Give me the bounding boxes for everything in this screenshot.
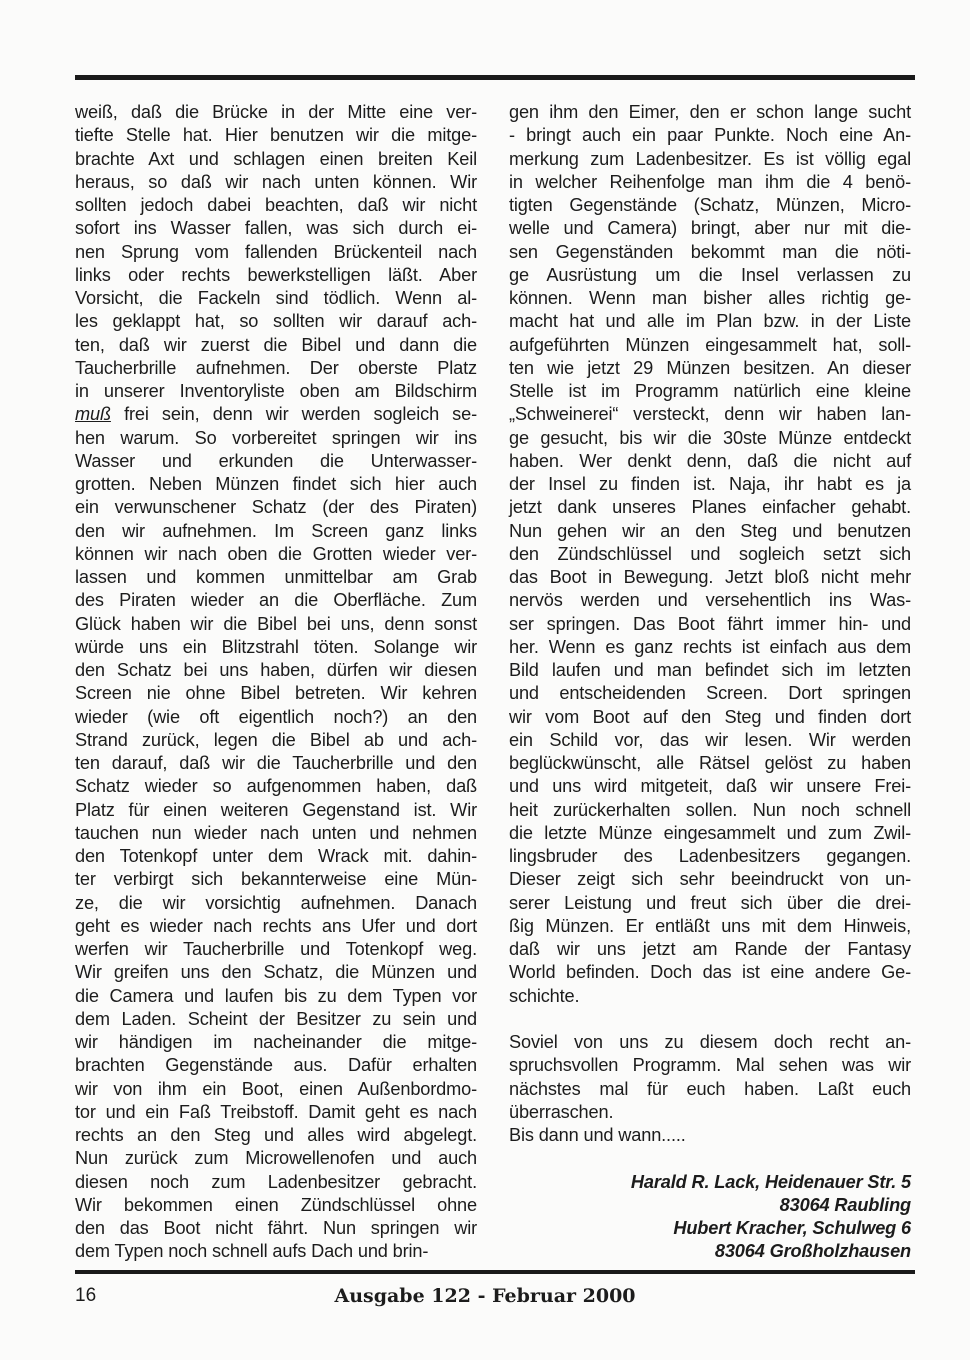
- text-line: den Totenkopf unter dem Wrack mit. dahin…: [75, 845, 477, 868]
- text-line: Nun zurück zum Microwellenofen und auch: [75, 1147, 477, 1170]
- text-line: sen Gegenständen bekommt man die nöti-: [509, 241, 911, 264]
- text-line: Strand zurück, legen die Bibel ab und ac…: [75, 729, 477, 752]
- text-line: heraus, so daß wir nach unten können. Wi…: [75, 171, 477, 194]
- text-line: Taucherbrille aufnehmen. Der oberste Pla…: [75, 357, 477, 380]
- text-line: ze, die wir vorsichtig aufnehmen. Danach: [75, 892, 477, 915]
- text-line: dem Typen noch schnell aufs Dach und bri…: [75, 1240, 477, 1263]
- text-line: World befinden. Doch das ist eine andere…: [509, 961, 911, 984]
- text-line: Bild laufen und man befindet sich im let…: [509, 659, 911, 682]
- text-line: Wir bekommen einen Zündschlüssel ohne: [75, 1194, 477, 1217]
- text-line: ten, daß wir zuerst die Bibel und dann d…: [75, 334, 477, 357]
- text-line: macht hat und alle im Plan bzw. in der L…: [509, 310, 911, 333]
- text-line: den Schatz bei uns haben, dürfen wir die…: [75, 659, 477, 682]
- text-line: die Camera und laufen bis zu dem Typen v…: [75, 985, 477, 1008]
- text-line: rechts an den Steg und alles wird abgele…: [75, 1124, 477, 1147]
- text-line: wir händigen im nacheinander die mitge-: [75, 1031, 477, 1054]
- text-line: Screen nie ohne Bibel betreten. Wir kehr…: [75, 682, 477, 705]
- text-line: wir von ihm ein Boot, einen Außenbordmo-: [75, 1078, 477, 1101]
- text-line: ein Schild vor, das wir lesen. Wir werde…: [509, 729, 911, 752]
- text-line: haben. Wer denkt denn, daß die nicht auf: [509, 450, 911, 473]
- text-line: wieder (wie oft eigentlich noch?) an den: [75, 706, 477, 729]
- text-line: in welcher Reihenfolge man ihm die 4 ben…: [509, 171, 911, 194]
- text-line: Wasser und erkunden die Unterwasser-: [75, 450, 477, 473]
- text-line: sollten jedoch dabei beachten, daß wir n…: [75, 194, 477, 217]
- text-line: heit zurückerhalten sollen. Nun noch sch…: [509, 799, 911, 822]
- text-line: und entscheidenden Screen. Dort springen: [509, 682, 911, 705]
- text-line: beglückwünscht, alle Rätsel gelöst zu ha…: [509, 752, 911, 775]
- text-line: ge gesucht, bis wir die 30ste Münze entd…: [509, 427, 911, 450]
- text-line: können wir nach oben die Grotten wieder …: [75, 543, 477, 566]
- text-line: ser springen. Das Boot fährt immer hin- …: [509, 613, 911, 636]
- text-line: dem Laden. Scheint der Besitzer zu sein …: [75, 1008, 477, 1031]
- text-line: Bis dann und wann.....: [509, 1124, 911, 1147]
- text-line: Stelle ist im Programm natürlich eine kl…: [509, 380, 911, 403]
- text-line: können. Wenn man bisher alles richtig ge…: [509, 287, 911, 310]
- issue-label: Ausgabe 122 - Februar 2000: [0, 1285, 970, 1307]
- text-line: tiefte Stelle hat. Hier benutzen wir die…: [75, 124, 477, 147]
- text-line: nen Sprung vom fallenden Brückenteil nac…: [75, 241, 477, 264]
- text-line: der Insel zu finden ist. Naja, ihr habt …: [509, 473, 911, 496]
- text-line: ge Ausrüstung um die Insel verlassen zu: [509, 264, 911, 287]
- signature-line: 83064 Raubling: [509, 1194, 911, 1217]
- article-right-column: gen ihm den Eimer, den er schon lange su…: [509, 101, 911, 1264]
- text-line: geht es wieder nach rechts ans Ufer und …: [75, 915, 477, 938]
- article-right-body: gen ihm den Eimer, den er schon lange su…: [509, 101, 911, 1008]
- top-rule: [75, 75, 915, 80]
- text-line: aufgeführten Münzen eingesammelt hat, so…: [509, 334, 911, 357]
- text-line: gen ihm den Eimer, den er schon lange su…: [509, 101, 911, 124]
- signature-line: Harald R. Lack, Heidenauer Str. 5: [509, 1171, 911, 1194]
- text-line: überraschen.: [509, 1101, 911, 1124]
- text-line: serer Leistung und freut sich über die d…: [509, 892, 911, 915]
- text-line: den das Boot nicht fährt. Nun springen w…: [75, 1217, 477, 1240]
- text-line: Glück haben wir die Bibel bei uns, denn …: [75, 613, 477, 636]
- author-signature: Harald R. Lack, Heidenauer Str. 5 83064 …: [509, 1171, 911, 1264]
- text-line: lingsbruder des Ladenbesitzers gegangen.: [509, 845, 911, 868]
- text-line: weiß, daß die Brücke in der Mitte eine v…: [75, 101, 477, 124]
- text-line: brachte Axt und schlagen einen breiten K…: [75, 148, 477, 171]
- text-fragment: frei sein, denn wir werden sogleich se-: [111, 404, 477, 424]
- signature-line: 83064 Großholzhausen: [509, 1240, 911, 1263]
- text-line: die letzte Münze eingesammelt und zum Zw…: [509, 822, 911, 845]
- text-line: tigten Gegenstände (Schatz, Münzen, Micr…: [509, 194, 911, 217]
- text-line: - bringt auch ein paar Punkte. Noch eine…: [509, 124, 911, 147]
- text-line: grotten. Neben Münzen findet sich hier a…: [75, 473, 477, 496]
- text-line: des Piraten wieder an die Oberfläche. Zu…: [75, 589, 477, 612]
- text-line: her. Wenn es ganz rechts ist einfach aus…: [509, 636, 911, 659]
- text-line: links oder rechts bewerkstelligen läßt. …: [75, 264, 477, 287]
- text-line: Platz für einen weiteren Gegenstand ist.…: [75, 799, 477, 822]
- text-line: sofort ins Wasser fallen, was sich durch…: [75, 217, 477, 240]
- text-line: Wir greifen uns den Schatz, die Münzen u…: [75, 961, 477, 984]
- text-line: Soviel von uns zu diesem doch recht an-: [509, 1031, 911, 1054]
- text-line: und uns wird mitgeteit, daß wir unsere F…: [509, 775, 911, 798]
- text-line: Dieser zeigt sich sehr beeindruckt von u…: [509, 868, 911, 891]
- bottom-rule: [75, 1270, 915, 1274]
- text-line: schichte.: [509, 985, 911, 1008]
- emphasized-word: muß: [75, 404, 111, 424]
- text-line: muß frei sein, denn wir werden sogleich …: [75, 403, 477, 426]
- text-line: daß wir uns jetzt am Rande der Fantasy: [509, 938, 911, 961]
- text-line: ein verwunschener Schatz (der des Pirate…: [75, 496, 477, 519]
- text-line: spruchsvollen Programm. Mal sehen was wi…: [509, 1054, 911, 1077]
- text-line: lassen und kommen unmittelbar am Grab: [75, 566, 477, 589]
- text-line: welle und Camera) bringt, aber nur mit d…: [509, 217, 911, 240]
- text-line: ter verbirgt sich bekannterweise eine Mü…: [75, 868, 477, 891]
- text-line: nervös werden und versehentlich ins Was-: [509, 589, 911, 612]
- text-line: „Schweinerei“ versteckt, denn wir haben …: [509, 403, 911, 426]
- text-line: den wir aufnehmen. Im Screen ganz links: [75, 520, 477, 543]
- text-line: wir vom Boot auf den Steg und finden dor…: [509, 706, 911, 729]
- text-line: Nun gehen wir an den Steg und benutzen: [509, 520, 911, 543]
- closing-paragraph: Soviel von uns zu diesem doch recht an-s…: [509, 1031, 911, 1147]
- text-line: brachten Gegenstände aus. Dafür erhalten: [75, 1054, 477, 1077]
- text-line: den Zündschlüssel und sogleich setzt sic…: [509, 543, 911, 566]
- text-line: ten wie jetzt 29 Münzen besitzen. An die…: [509, 357, 911, 380]
- text-line: ßig Münzen. Er entläßt uns mit dem Hinwe…: [509, 915, 911, 938]
- signature-line: Hubert Kracher, Schulweg 6: [509, 1217, 911, 1240]
- text-line: merkung zum Ladenbesitzer. Es ist völlig…: [509, 148, 911, 171]
- paragraph-gap: [509, 1008, 911, 1031]
- text-line: Vorsicht, die Fackeln sind tödlich. Wenn…: [75, 287, 477, 310]
- text-line: würde uns ein Blitzstrahl töten. Solange…: [75, 636, 477, 659]
- text-line: in unserer Inventoryliste oben am Bildsc…: [75, 380, 477, 403]
- text-line: hen warum. So vorbereitet springen wir i…: [75, 427, 477, 450]
- text-line: tauchen nun wieder nach unten und nehmen: [75, 822, 477, 845]
- article-left-column: weiß, daß die Brücke in der Mitte eine v…: [75, 101, 477, 1264]
- text-line: nächstes mal für euch haben. Laßt euch: [509, 1078, 911, 1101]
- text-line: ten darauf, daß wir die Taucherbrille un…: [75, 752, 477, 775]
- text-line: Schatz wieder so aufgenommen haben, daß: [75, 775, 477, 798]
- text-line: das Boot in Bewegung. Jetzt bloß nicht m…: [509, 566, 911, 589]
- text-line: diesen noch zum Ladenbesitzer gebracht.: [75, 1171, 477, 1194]
- text-line: les geklappt hat, so sollten wir darauf …: [75, 310, 477, 333]
- text-line: werfen wir Taucherbrille und Totenkopf w…: [75, 938, 477, 961]
- text-line: jetzt dank unseres Planes einfacher geha…: [509, 496, 911, 519]
- text-line: tor und ein Faß Treibstoff. Damit geht e…: [75, 1101, 477, 1124]
